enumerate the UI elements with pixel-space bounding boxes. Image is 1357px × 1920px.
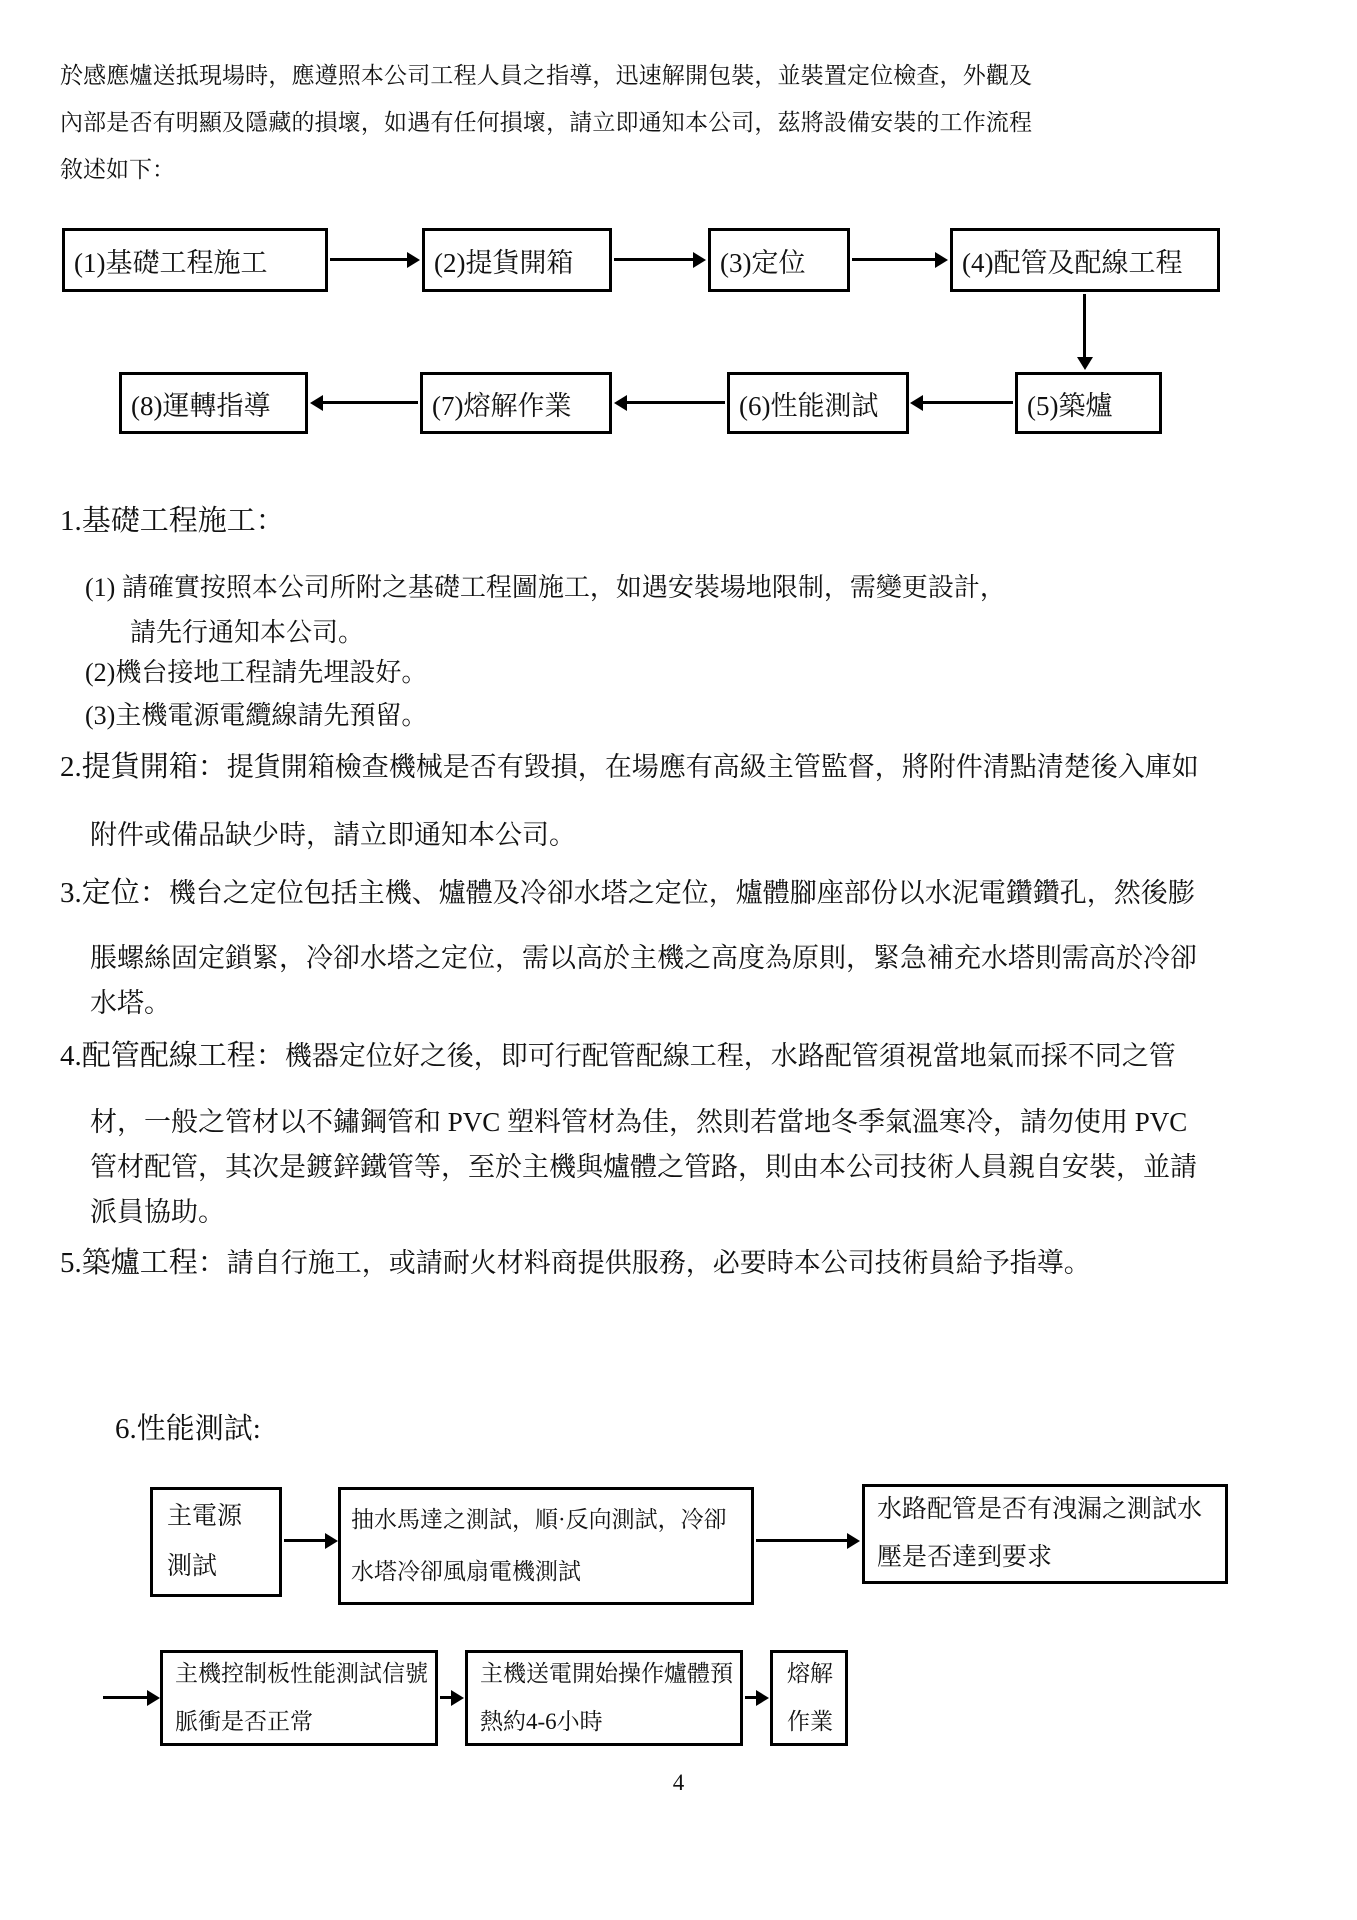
flow-step-7-label: (7)熔解作業: [432, 384, 571, 423]
section-1-item-3: (3)主機電源電纜線請先預留。: [85, 695, 427, 732]
section-5-heading-line: 5.築爐工程：請自行施工，或請耐火材料商提供服務，必要時本公司技術員給予指導。: [60, 1240, 1091, 1281]
flow-step-8-label: (8)運轉指導: [131, 384, 270, 423]
arrow-right-icon: [330, 252, 420, 268]
section-2-text-line-1: 提貨開箱檢查機械是否有毀損，在場應有高級主管監督，將附件清點清楚後入庫如: [227, 752, 1199, 782]
arrow-head: [756, 1690, 769, 1706]
test-step-preheat: 主機送電開始操作爐體預 熱約4-6小時: [465, 1650, 743, 1746]
section-3-text-line-1: 機台之定位包括主機、爐體及冷卻水塔之定位，爐體腳座部份以水泥電鑽鑽孔，然後膨: [169, 878, 1195, 908]
section-3-text-line-3: 水塔。: [90, 981, 171, 1020]
arrow-shaft: [1083, 294, 1086, 359]
page-number: 4: [0, 1770, 1357, 1796]
arrow-head: [1077, 357, 1093, 370]
section-4-text-line-4: 派員協助。: [90, 1190, 225, 1229]
flow-step-1-label: (1)基礎工程施工: [74, 241, 267, 280]
arrow-left-icon: [910, 395, 1013, 411]
arrow-right-icon: [756, 1533, 860, 1549]
test-step-main-power: 主電源 測試: [150, 1487, 282, 1597]
section-3-title: 3.定位：: [60, 877, 169, 909]
section-1-item-1: (1) 請確實按照本公司所附之基礎工程圖施工，如遇安裝場地限制，需變更設計，: [85, 567, 1006, 604]
section-4-heading-line: 4.配管配線工程：機器定位好之後，即可行配管配線工程，水路配管須視當地氣而採不同…: [60, 1033, 1176, 1074]
arrow-head: [325, 1533, 338, 1549]
flow-step-5-furnace-building: (5)築爐: [1015, 372, 1162, 434]
arrow-left-icon: [614, 395, 725, 411]
arrow-shaft: [756, 1539, 849, 1542]
section-5-text-line-1: 請自行施工，或請耐火材料商提供服務，必要時本公司技術員給予指導。: [227, 1248, 1091, 1278]
test-step-control-board: 主機控制板性能測試信號 脈衝是否正常: [160, 1650, 438, 1746]
test-step-control-board-label: 主機控制板性能測試信號 脈衝是否正常: [175, 1650, 428, 1746]
arrow-left-icon: [310, 395, 418, 411]
flow-step-2-unpacking: (2)提貨開箱: [422, 228, 612, 292]
section-3-text-line-2: 脹螺絲固定鎖緊，冷卻水塔之定位，需以高於主機之高度為原則，緊急補充水塔則需高於冷…: [90, 936, 1197, 975]
section-4-text-line-3: 管材配管，其次是鍍鋅鐵管等，至於主機與爐體之管路，則由本公司技術人員親自安裝，並…: [90, 1145, 1197, 1184]
flow-step-8-operation-guidance: (8)運轉指導: [119, 372, 308, 434]
flow-step-6-label: (6)性能測試: [739, 384, 878, 423]
intro-paragraph: 於感應爐送抵現場時，應遵照本公司工程人員之指導，迅速解開包裝，並裝置定位檢查，外…: [60, 52, 1032, 193]
section-2-heading-line: 2.提貨開箱：提貨開箱檢查機械是否有毀損，在場應有高級主管監督，將附件清點清楚後…: [60, 744, 1199, 785]
arrow-shaft: [921, 401, 1013, 404]
section-1-item-2: (2)機台接地工程請先埋設好。: [85, 652, 427, 689]
section-4-text-line-1: 機器定位好之後，即可行配管配線工程，水路配管須視當地氣而採不同之管: [285, 1041, 1176, 1071]
section-3-heading-line: 3.定位：機台之定位包括主機、爐體及冷卻水塔之定位，爐體腳座部份以水泥電鑽鑽孔，…: [60, 870, 1195, 911]
arrow-shaft: [852, 258, 937, 261]
test-step-pump-motor: 抽水馬達之測試，順·反向測試，冷卻 水塔冷卻風扇電機測試: [338, 1487, 754, 1605]
arrow-shaft: [330, 258, 409, 261]
arrow-right-icon: [852, 252, 948, 268]
test-step-preheat-label: 主機送電開始操作爐體預 熱約4-6小時: [480, 1650, 733, 1746]
arrow-right-icon: [614, 252, 706, 268]
arrow-right-icon: [440, 1690, 464, 1706]
section-5-title: 5.築爐工程：: [60, 1247, 227, 1279]
arrow-head: [407, 252, 420, 268]
arrow-right-icon: [745, 1690, 769, 1706]
arrow-shaft: [614, 258, 695, 261]
test-step-main-power-label: 主電源 測試: [167, 1492, 242, 1592]
arrow-shaft: [103, 1696, 149, 1699]
arrow-head: [935, 252, 948, 268]
flow-step-2-label: (2)提貨開箱: [434, 241, 573, 280]
flow-step-6-performance-test: (6)性能測試: [727, 372, 909, 434]
section-1-item-1-continued: 請先行通知本公司。: [130, 612, 364, 649]
arrow-head: [147, 1690, 160, 1706]
flow-step-3-label: (3)定位: [720, 241, 805, 280]
arrow-down-icon: [1077, 294, 1093, 370]
arrow-head: [910, 395, 923, 411]
arrow-shaft: [625, 401, 725, 404]
arrow-shaft: [321, 401, 418, 404]
flow-step-7-melting: (7)熔解作業: [420, 372, 612, 434]
arrow-head: [310, 395, 323, 411]
flow-step-5-label: (5)築爐: [1027, 384, 1112, 423]
flow-step-4-piping-wiring: (4)配管及配線工程: [950, 228, 1220, 292]
flow-step-3-positioning: (3)定位: [708, 228, 850, 292]
arrow-right-icon: [103, 1690, 160, 1706]
section-2-text-line-2: 附件或備品缺少時，請立即通知本公司。: [90, 813, 576, 852]
test-step-water-pressure-label: 水路配管是否有洩漏之測試水 壓是否達到要求: [877, 1486, 1202, 1582]
section-4-text-line-2: 材，一般之管材以不鏽鋼管和 PVC 塑料管材為佳，然則若當地冬季氣溫寒冷，請勿使…: [90, 1100, 1187, 1139]
document-page: 於感應爐送抵現場時，應遵照本公司工程人員之指導，迅速解開包裝，並裝置定位檢查，外…: [0, 0, 1357, 1920]
arrow-head: [614, 395, 627, 411]
flow-step-4-label: (4)配管及配線工程: [962, 241, 1182, 280]
arrow-right-icon: [284, 1533, 338, 1549]
test-step-water-pressure: 水路配管是否有洩漏之測試水 壓是否達到要求: [862, 1484, 1228, 1584]
test-step-pump-motor-label: 抽水馬達之測試，順·反向測試，冷卻 水塔冷卻風扇電機測試: [351, 1494, 727, 1598]
section-2-title: 2.提貨開箱：: [60, 751, 227, 783]
arrow-head: [693, 252, 706, 268]
arrow-shaft: [284, 1539, 327, 1542]
flow-step-1-foundation: (1)基礎工程施工: [62, 228, 328, 292]
section-4-title: 4.配管配線工程：: [60, 1040, 285, 1072]
section-1-title: 1.基礎工程施工：: [60, 498, 285, 539]
section-6-title: 6.性能測試:: [115, 1406, 261, 1447]
test-step-melting: 熔解 作業: [770, 1650, 848, 1746]
arrow-head: [451, 1690, 464, 1706]
test-step-melting-label: 熔解 作業: [787, 1650, 833, 1746]
arrow-head: [847, 1533, 860, 1549]
